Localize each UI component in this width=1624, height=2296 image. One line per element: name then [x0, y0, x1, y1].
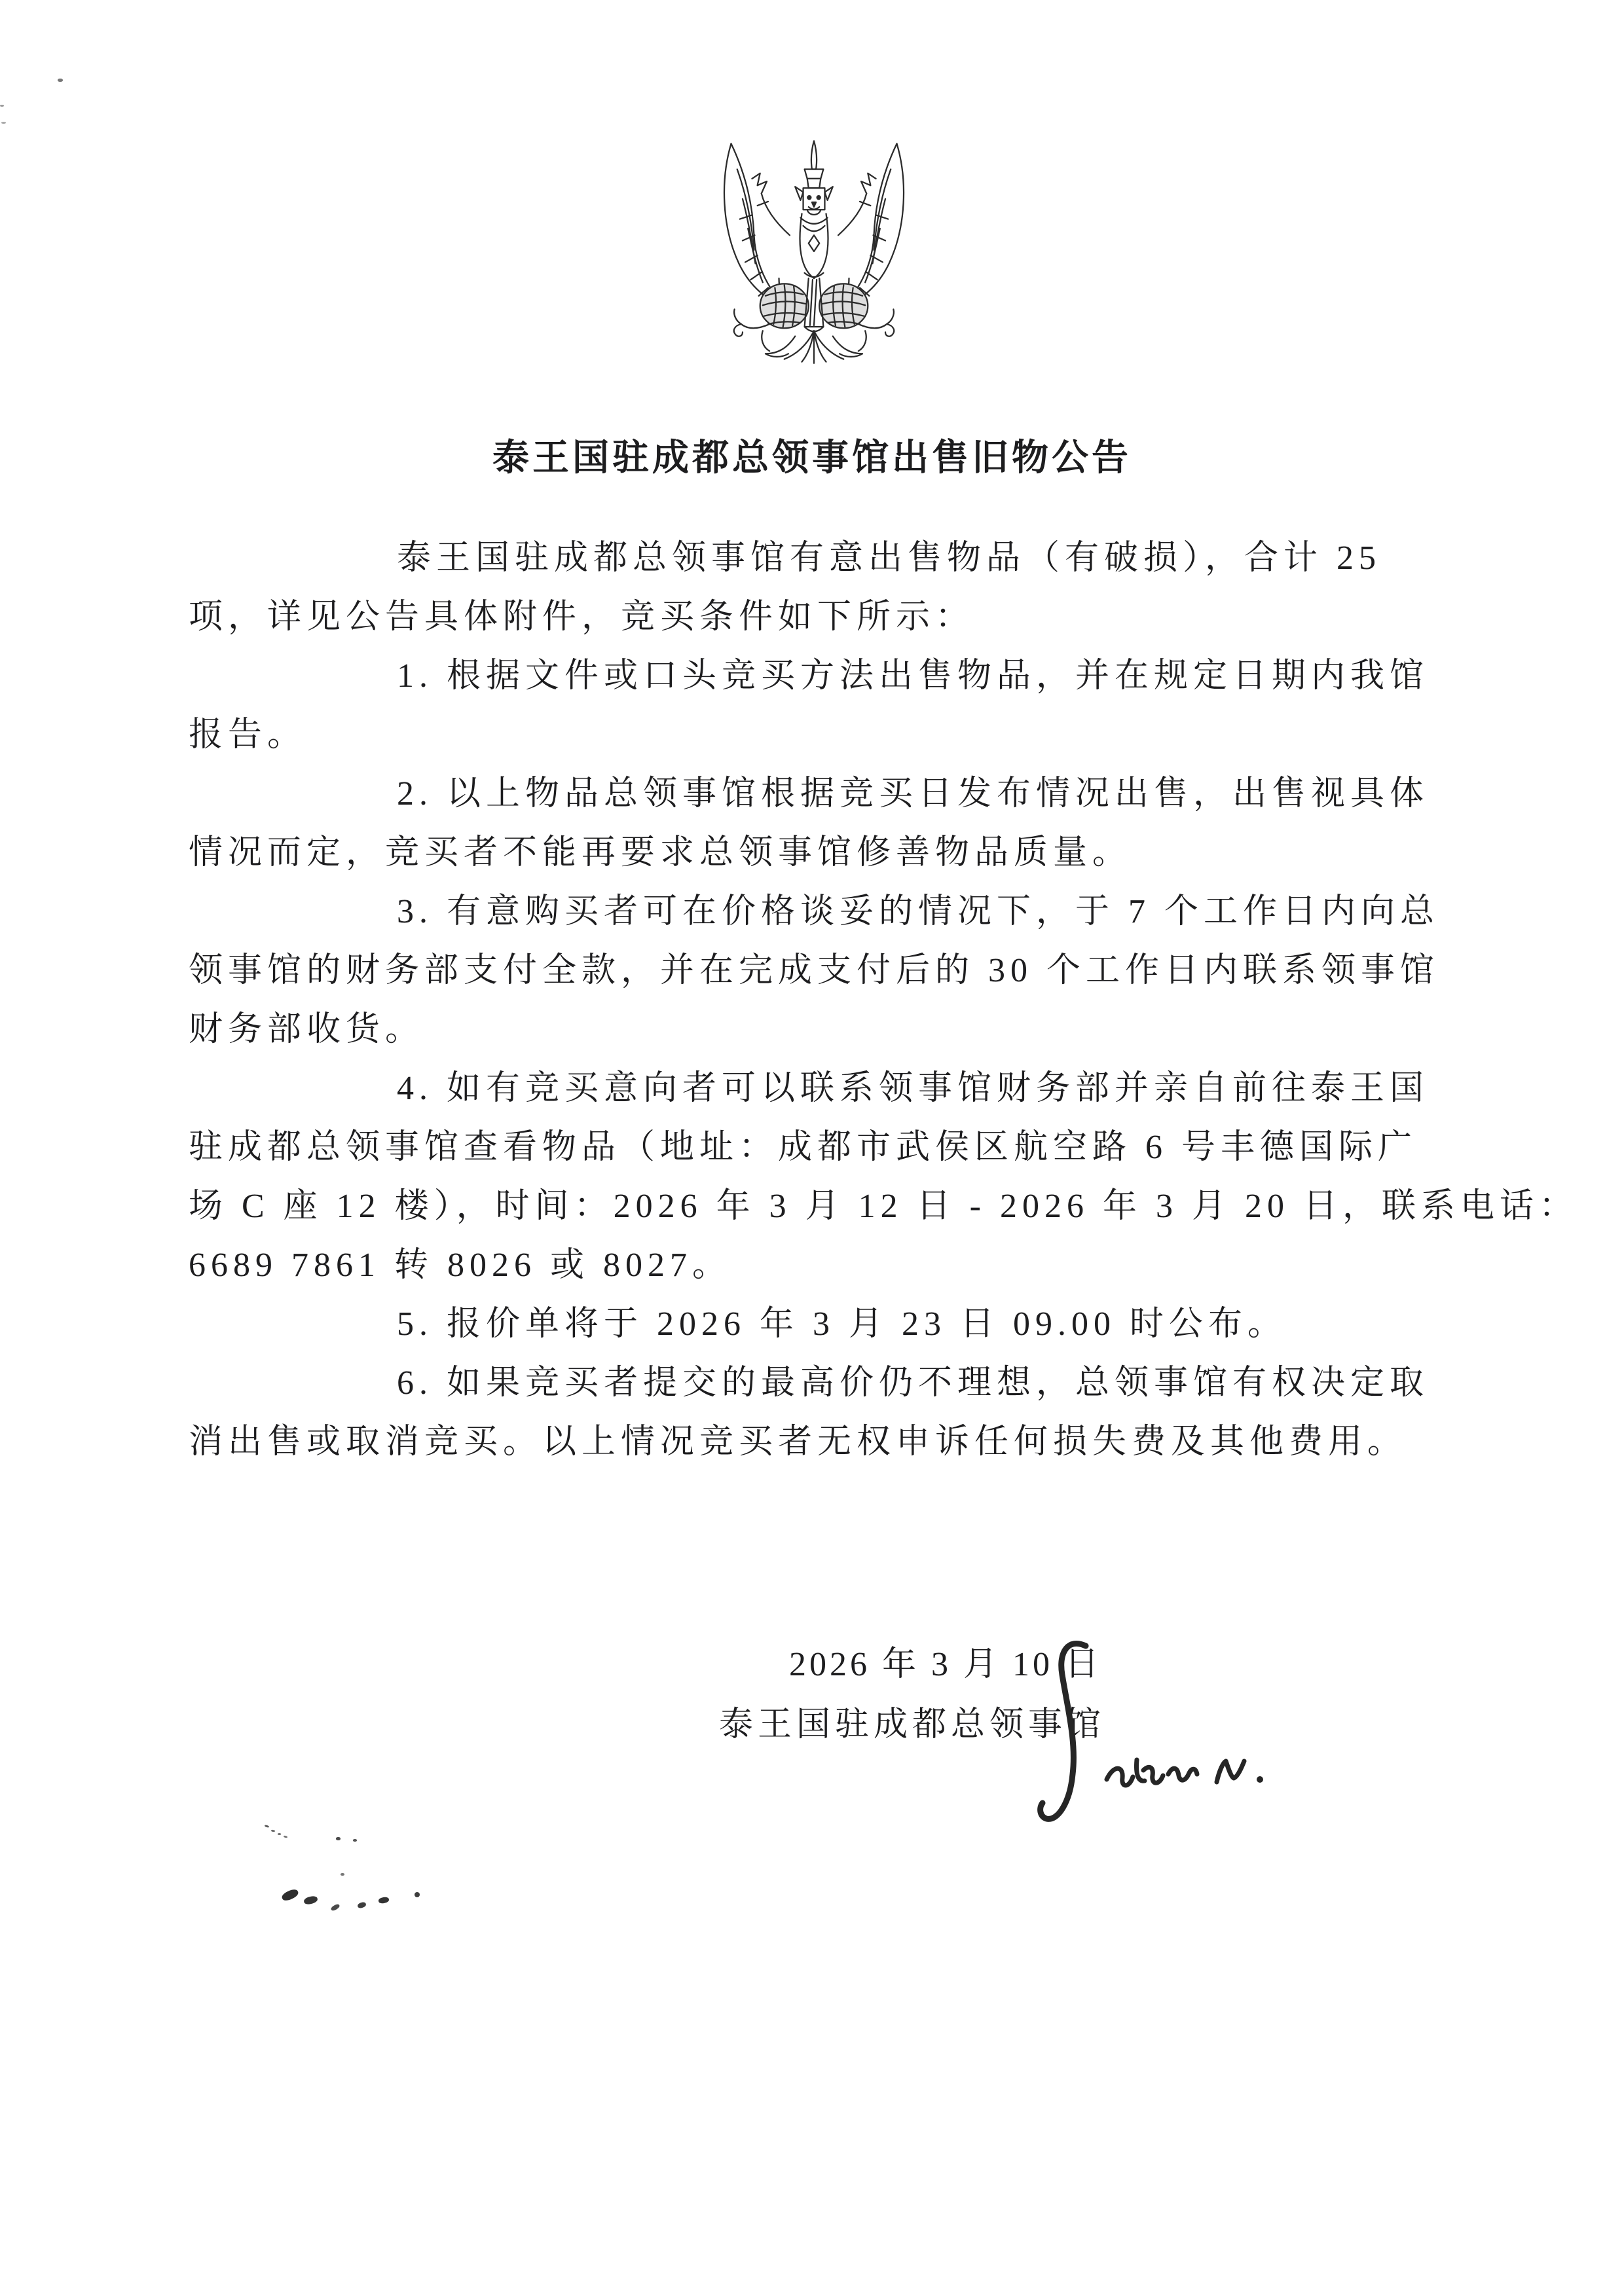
- document-body: 泰王国驻成都总领事馆有意出售物品（有破损），合计 25项，详见公告具体附件，竞买…: [189, 529, 1435, 1472]
- thai-garuda-emblem-icon: [706, 134, 922, 370]
- body-line: 6689 7861 转 8026 或 8027。: [189, 1236, 1435, 1295]
- body-line: 项，详见公告具体附件，竞买条件如下所示：: [189, 588, 1435, 647]
- body-line: 消出售或取消竞买。以上情况竞买者无权申诉任何损失费及其他费用。: [189, 1413, 1435, 1472]
- body-line: 3. 有意购买者可在价格谈妥的情况下，于 7 个工作日内向总: [189, 883, 1435, 941]
- body-line: 领事馆的财务部支付全款，并在完成支付后的 30 个工作日内联系领事馆: [189, 941, 1435, 1000]
- scan-speck: [1, 122, 6, 124]
- body-line: 1. 根据文件或口头竞买方法出售物品，并在规定日期内我馆: [189, 647, 1435, 706]
- page-title: 泰王国驻成都总领事馆出售旧物公告: [189, 429, 1435, 481]
- pencil-speck: [284, 1835, 288, 1838]
- pencil-speck: [278, 1833, 281, 1835]
- pencil-smudge: [357, 1901, 367, 1909]
- pencil-smudge: [378, 1897, 389, 1904]
- signature-handwriting: [1008, 1637, 1290, 1840]
- body-line: 4. 如有竞买意向者可以联系领事馆财务部并亲自前往泰王国: [189, 1059, 1435, 1118]
- body-line: 财务部收货。: [189, 1000, 1435, 1059]
- body-line: 2. 以上物品总领事馆根据竞买日发布情况出售，出售视具体: [189, 765, 1435, 824]
- pencil-smudge: [415, 1892, 420, 1897]
- scan-speck: [58, 79, 63, 82]
- body-line: 情况而定，竞买者不能再要求总领事馆修善物品质量。: [189, 824, 1435, 883]
- pencil-smudge: [280, 1887, 299, 1902]
- body-line: 驻成都总领事馆查看物品（地址：成都市武侯区航空路 6 号丰德国际广: [189, 1118, 1435, 1177]
- scanned-document-page: 泰王国驻成都总领事馆出售旧物公告 泰王国驻成都总领事馆有意出售物品（有破损），合…: [0, 0, 1624, 2296]
- pencil-speck: [336, 1837, 341, 1840]
- pencil-speck: [271, 1830, 275, 1832]
- body-line: 5. 报价单将于 2026 年 3 月 23 日 09.00 时公布。: [189, 1295, 1435, 1354]
- pencil-speck: [353, 1839, 357, 1842]
- body-line: 6. 如果竞买者提交的最高价仍不理想，总领事馆有权决定取: [189, 1354, 1435, 1413]
- body-line: 场 C 座 12 楼），时间：2026 年 3 月 12 日 - 2026 年 …: [189, 1177, 1435, 1236]
- body-line: 报告。: [189, 706, 1435, 765]
- pencil-smudge: [341, 1873, 344, 1876]
- pencil-smudge: [330, 1903, 341, 1912]
- pencil-smudge: [303, 1895, 318, 1906]
- scan-speck: [0, 105, 4, 107]
- pencil-speck: [265, 1825, 270, 1828]
- body-line: 泰王国驻成都总领事馆有意出售物品（有破损），合计 25: [189, 529, 1435, 588]
